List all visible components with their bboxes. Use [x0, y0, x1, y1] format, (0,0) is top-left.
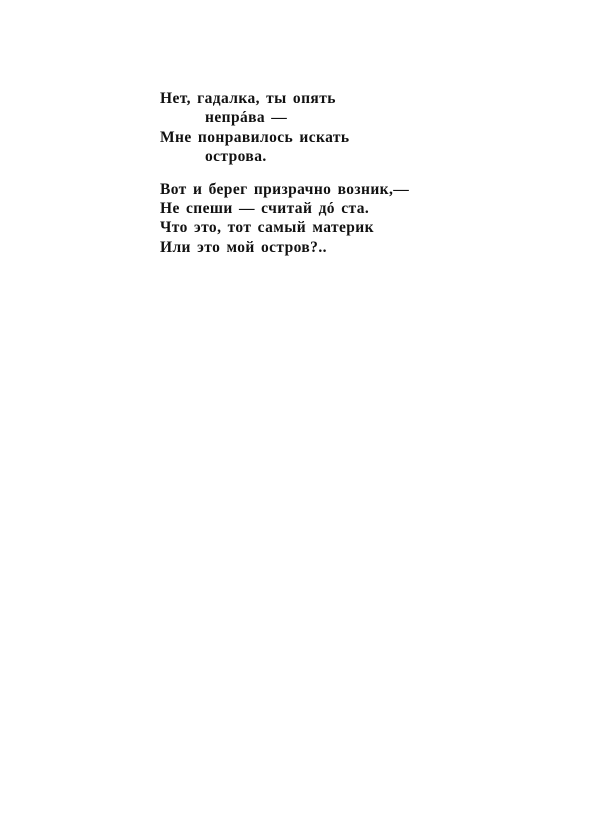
- poem-line: Мне понравилось искать: [160, 128, 409, 147]
- poem-line: Что это, тот самый материк: [160, 218, 409, 237]
- stanza-2: Вот и берег призрачно возник,— Не спеши …: [160, 180, 409, 258]
- poem-line: Или это мой остров?..: [160, 238, 409, 257]
- stanza-1: Нет, гадалка, ты опять непрáва — Мне пон…: [160, 89, 409, 167]
- poem-line: Нет, гадалка, ты опять: [160, 89, 409, 108]
- poem: Нет, гадалка, ты опять непрáва — Мне пон…: [160, 89, 409, 257]
- poem-line-indented: острова.: [160, 147, 409, 166]
- poem-line: Не спеши — считай дó ста.: [160, 199, 409, 218]
- poem-line: Вот и берег призрачно возник,—: [160, 180, 409, 199]
- poem-line-indented: непрáва —: [160, 108, 409, 127]
